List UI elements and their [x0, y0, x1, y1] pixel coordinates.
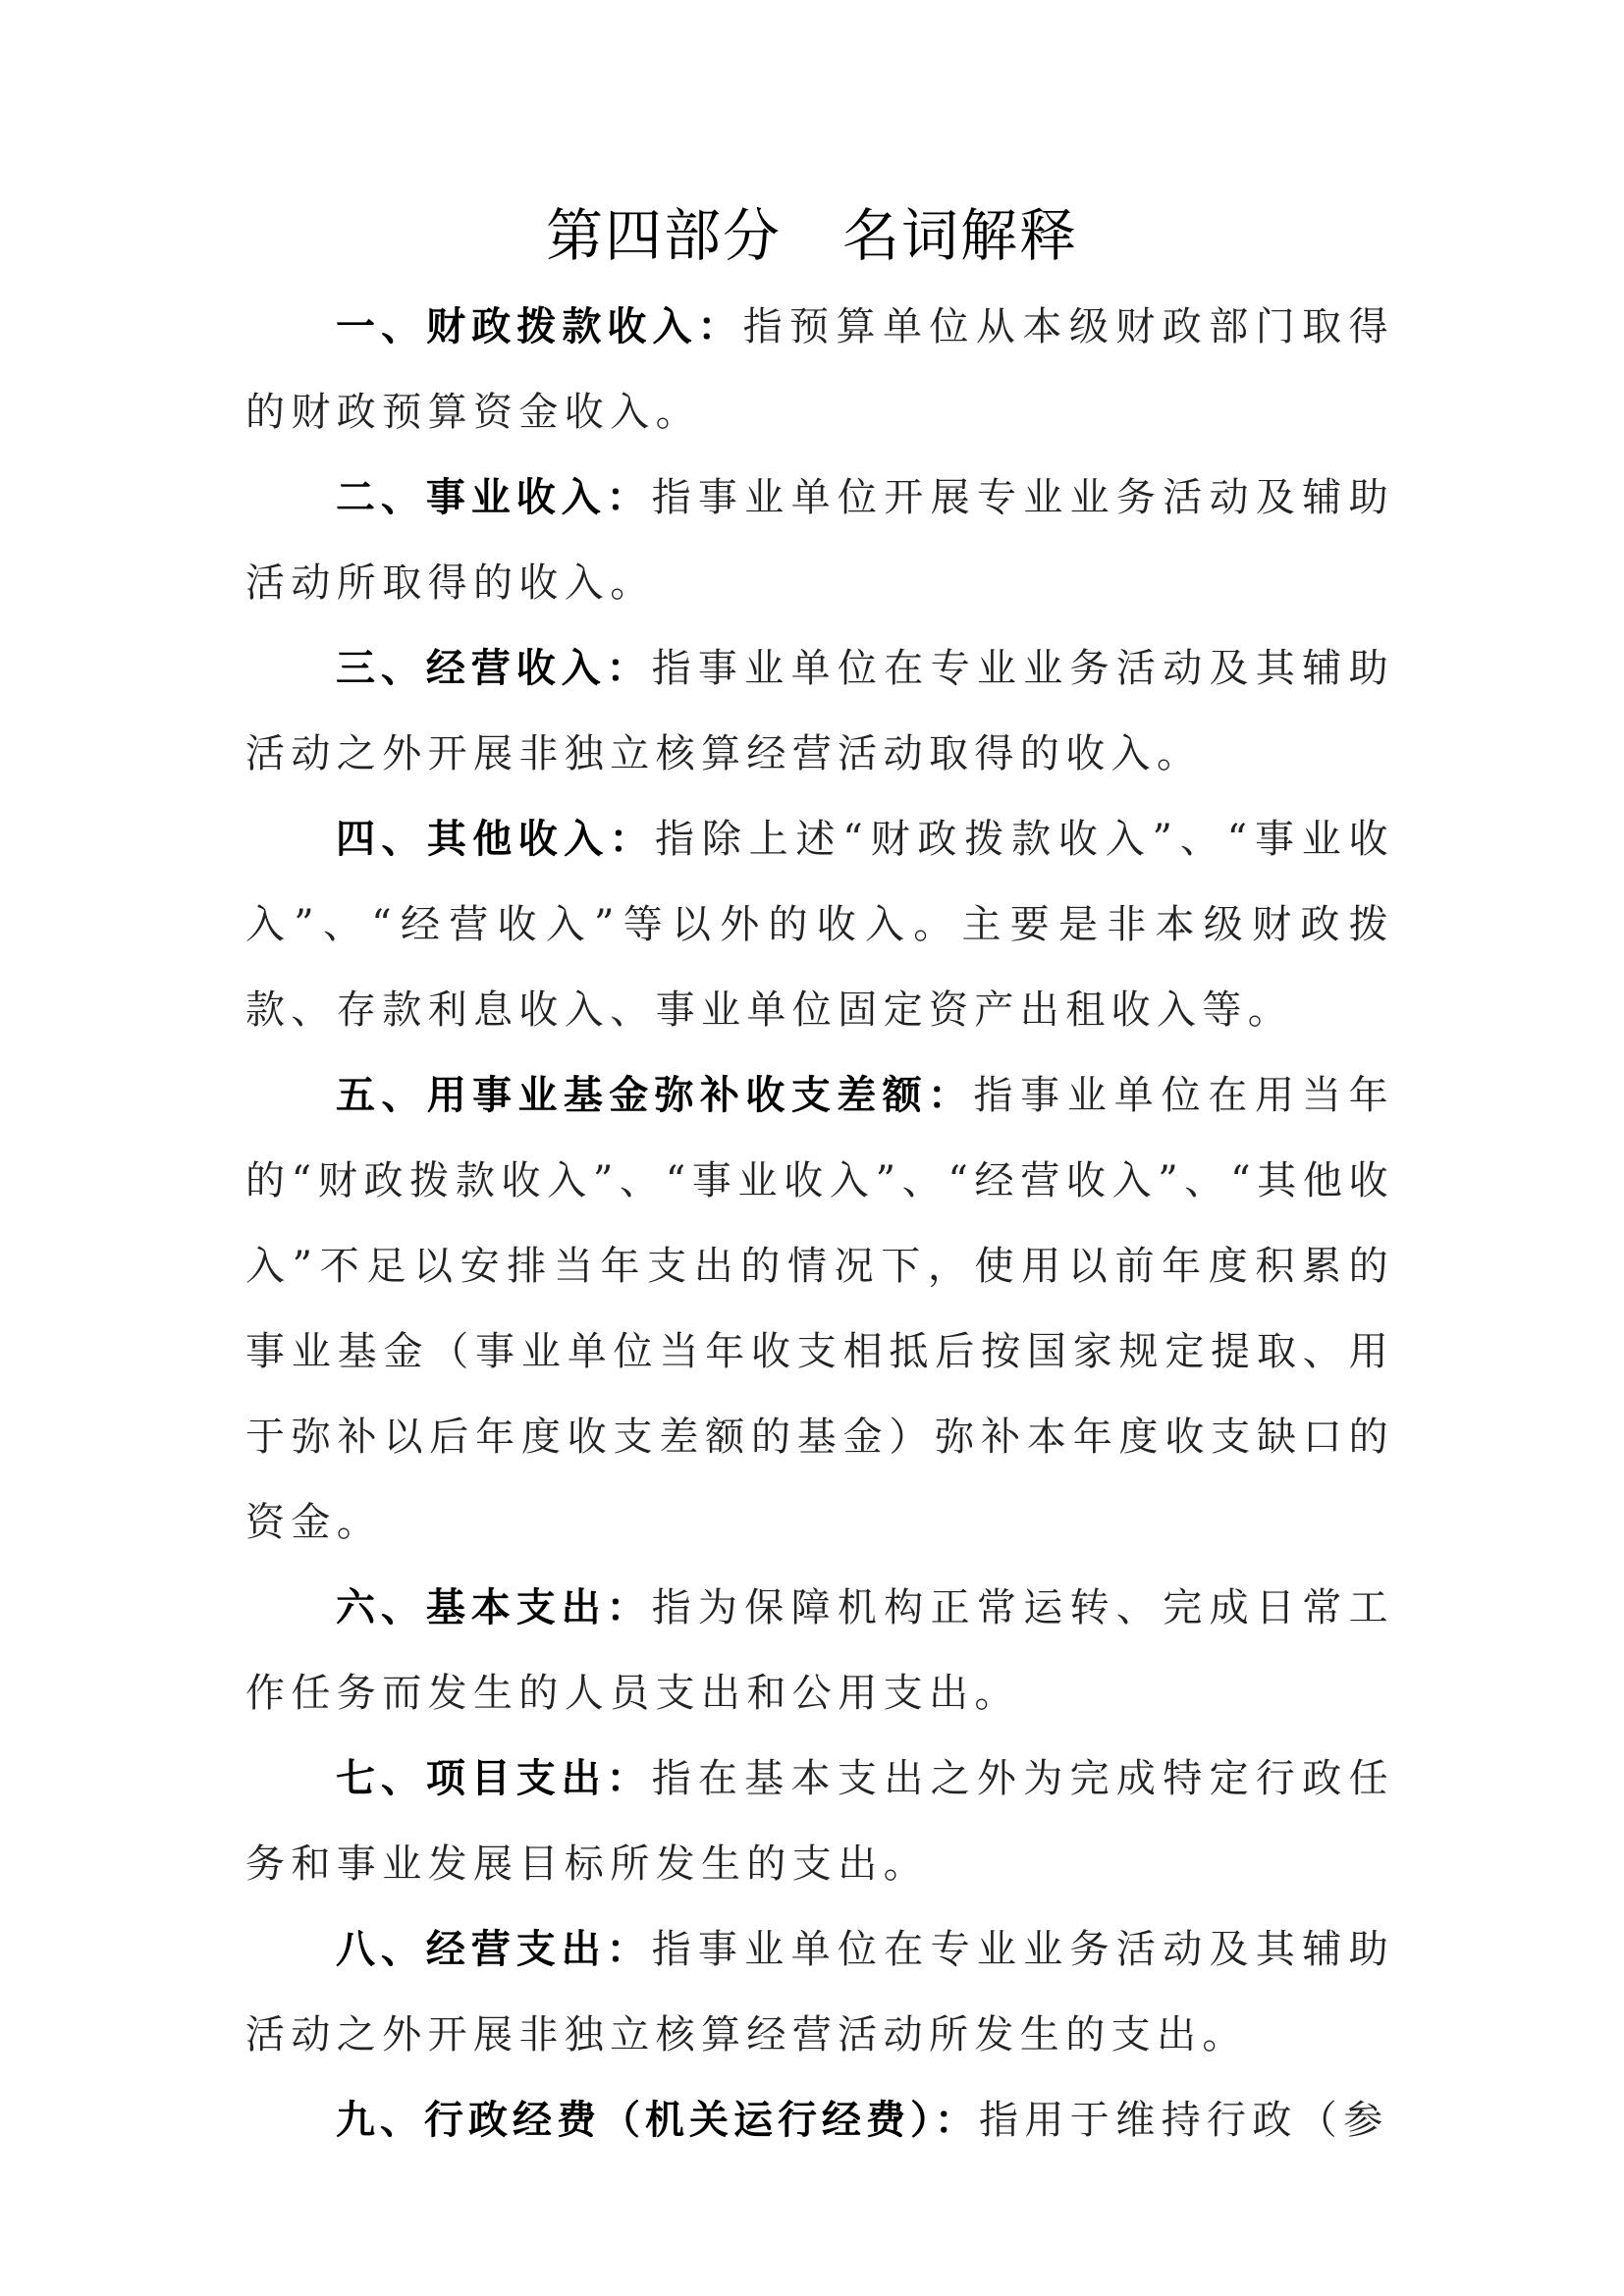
entry-definition: 指用于维持行政（参	[979, 2098, 1389, 2143]
title-part: 第四部分	[546, 202, 782, 269]
entry-term: 二、事业收入：	[336, 475, 652, 520]
glossary-entry-9: 九、行政经费（机关运行经费）：指用于维持行政（参	[245, 2078, 1394, 2163]
glossary-entry-3: 三、经营收入：指事业单位在专业业务活动及其辅助活动之外开展非独立核算经营活动取得…	[245, 626, 1394, 797]
title-name: 名词解释	[842, 202, 1078, 269]
page-title: 第四部分名词解释	[0, 196, 1624, 275]
glossary-entry-2: 二、事业收入：指事业单位开展专业业务活动及辅助活动所取得的收入。	[245, 455, 1394, 626]
entry-term: 六、基本支出：	[336, 1585, 652, 1630]
entry-term: 四、其他收入：	[336, 817, 655, 862]
entry-term: 七、项目支出：	[336, 1756, 652, 1801]
entry-term: 五、用事业基金弥补收支差额：	[336, 1073, 973, 1118]
entry-term: 八、经营支出：	[336, 1927, 652, 1972]
glossary-entry-4: 四、其他收入：指除上述“财政拨款收入”、“事业收入”、“经营收入”等以外的收入。…	[245, 797, 1394, 1053]
glossary-entry-1: 一、财政拨款收入：指预算单位从本级财政部门取得的财政预算资金收入。	[245, 285, 1394, 455]
entry-term: 三、经营收入：	[336, 646, 652, 691]
glossary-body: 一、财政拨款收入：指预算单位从本级财政部门取得的财政预算资金收入。 二、事业收入…	[245, 285, 1394, 2163]
entry-term: 一、财政拨款收入：	[336, 304, 743, 349]
glossary-entry-7: 七、项目支出：指在基本支出之外为完成特定行政任务和事业发展目标所发生的支出。	[245, 1736, 1394, 1907]
glossary-entry-5: 五、用事业基金弥补收支差额：指事业单位在用当年的“财政拨款收入”、“事业收入”、…	[245, 1053, 1394, 1566]
glossary-entry-8: 八、经营支出：指事业单位在专业业务活动及其辅助活动之外开展非独立核算经营活动所发…	[245, 1907, 1394, 2078]
entry-definition: 指事业单位在用当年的“财政拨款收入”、“事业收入”、“经营收入”、“其他收入”不…	[245, 1073, 1394, 1545]
glossary-entry-6: 六、基本支出：指为保障机构正常运转、完成日常工作任务而发生的人员支出和公用支出。	[245, 1566, 1394, 1736]
entry-term: 九、行政经费（机关运行经费）：	[336, 2098, 979, 2143]
document-page: 第四部分名词解释 一、财政拨款收入：指预算单位从本级财政部门取得的财政预算资金收…	[0, 0, 1624, 2296]
